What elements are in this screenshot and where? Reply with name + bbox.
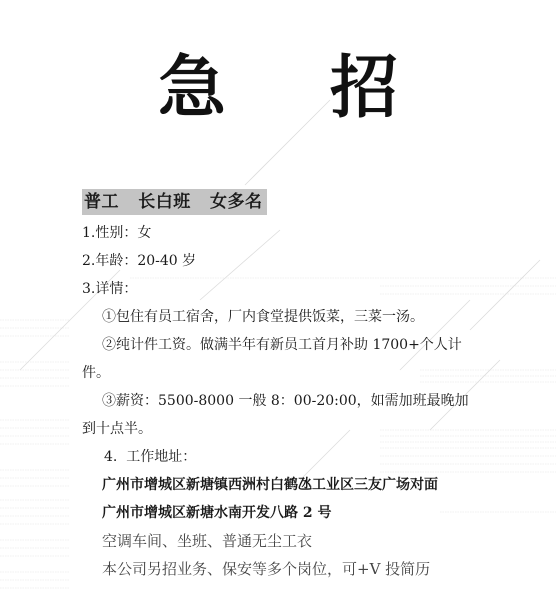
address-label: 4. 工作地址： <box>82 443 502 471</box>
title-char-urgent: 急 <box>158 48 226 128</box>
detail-accommodation: ①包住有员工宿舍，厂内食堂提供饭菜，三菜一汤。 <box>82 303 502 331</box>
address-2: 广州市增城区新塘水南开发八路 2 号 <box>82 499 502 527</box>
address-1: 广州市增城区新塘镇西洲村白鹤氹工业区三友广场对面 <box>82 471 502 499</box>
detail-salary-line1: ③薪资：5500-8000 一般 8：00-20:00，如需加班最晚加 <box>82 387 502 415</box>
details-label: 3.详情： <box>82 275 502 303</box>
other-positions: 本公司另招业务、保安等多个岗位，可+V 投简历 <box>82 555 502 583</box>
gender-requirement: 1.性别：女 <box>82 219 502 247</box>
position-heading-wrap: 普工 长白班 女多名 <box>82 189 502 215</box>
title-char-hiring: 招 <box>330 48 398 128</box>
position-heading: 普工 长白班 女多名 <box>82 189 267 215</box>
age-requirement: 2.年龄：20-40 岁 <box>82 247 502 275</box>
workshop-info: 空调车间、坐班、普通无尘工衣 <box>82 527 502 555</box>
detail-piecework-line1: ②纯计件工资。做满半年有新员工首月补助 1700+个人计 <box>82 331 502 359</box>
poster-title: 急 招 <box>0 48 556 138</box>
detail-piecework-line2: 件。 <box>82 359 502 387</box>
job-details: 普工 长白班 女多名 1.性别：女 2.年龄：20-40 岁 3.详情： ①包住… <box>82 189 502 583</box>
detail-salary-line2: 到十点半。 <box>82 415 502 443</box>
